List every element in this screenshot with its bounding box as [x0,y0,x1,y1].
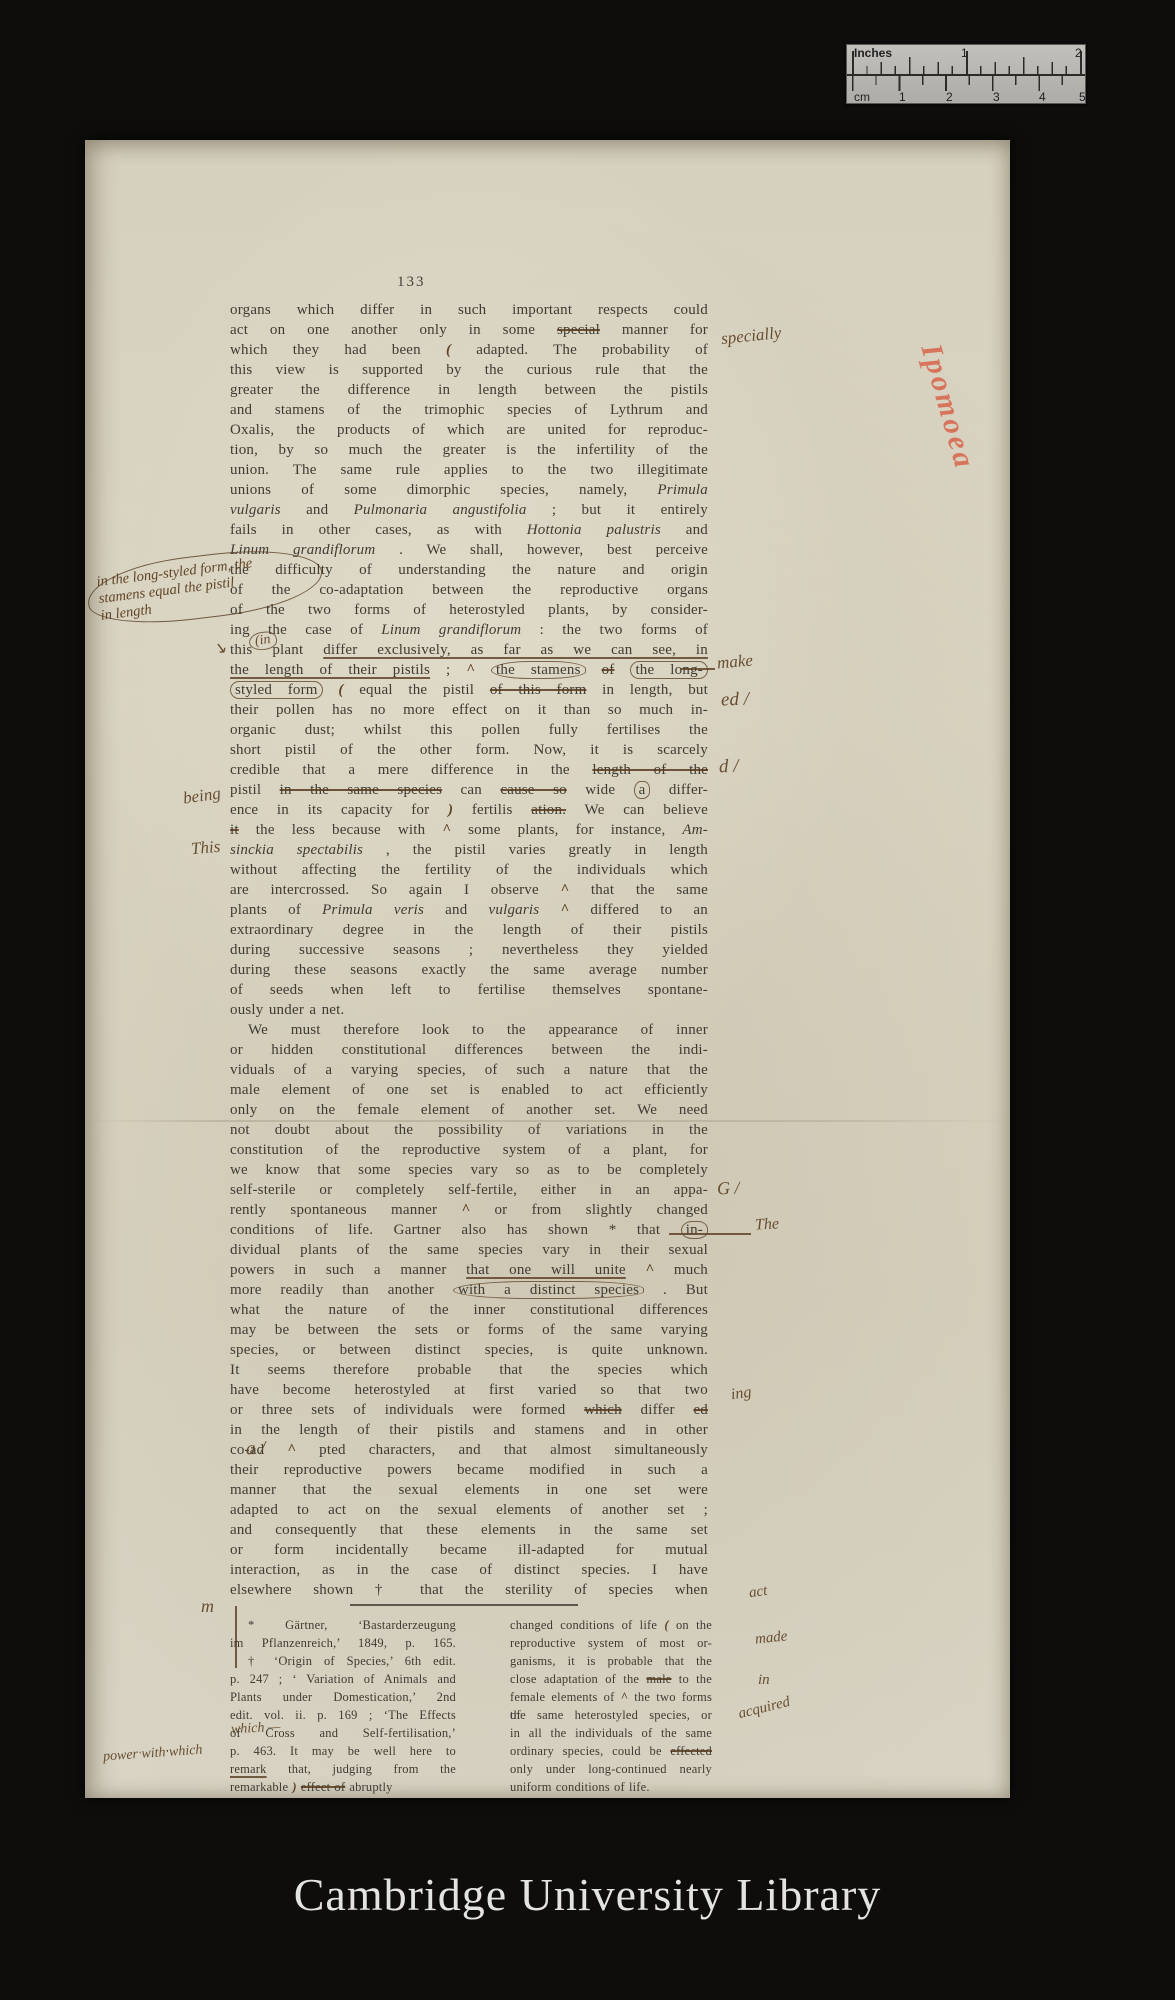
ruler-number: 2 [1075,46,1082,60]
text-segment: in the length of their pistils and stame… [230,1422,708,1438]
text-segment: unions of some dimorphic species, namely… [230,482,657,498]
note-m: m [201,1596,214,1617]
text-segment: self-sterile or completely self-fertile,… [230,1182,708,1198]
text-segment: male [646,1672,671,1686]
text-segment: styled form [230,681,323,699]
ruler-number: 4 [1039,90,1046,104]
text-segment: † ‘Origin of Species,’ 6th edit. [248,1654,456,1668]
text-segment: ordinary species, could be [510,1744,670,1758]
text-segment: ed [693,1402,708,1418]
text-line: more readily than another with a distinc… [230,1280,708,1300]
text-segment: act on one another only in some [230,322,557,338]
text-line: im Pflanzenreich,’ 1849, p. 165. [230,1634,456,1652]
text-segment: not doubt about the possibility of varia… [230,1122,708,1138]
text-line: remarkable ) effect of abruptly [230,1778,456,1796]
text-line: remark that, judging from the [230,1760,456,1778]
text-segment: it [230,822,239,838]
text-segment: pted characters, and that almost simulta… [319,1442,708,1458]
text-segment: length of the [592,762,708,778]
text-segment: this plant [230,642,323,658]
text-segment: fertilis [472,802,513,818]
note-g: G / [717,1178,740,1200]
text-line: unions of some dimorphic species, namely… [230,480,708,500]
text-segment: reproductive system of most or- [510,1636,712,1650]
text-segment: in all the individuals of the same [510,1726,712,1740]
text-line: ously under a net. [230,1000,708,1020]
text-segment: : the two forms of [540,622,708,638]
the-dash [669,1233,751,1235]
handwritten-insert-mark: ^ [287,1442,296,1458]
text-line: and consequently that these elements in … [230,1520,708,1540]
text-line: constitution of the reproductive system … [230,1140,708,1160]
text-line: or hidden constitutional differences bet… [230,1040,708,1060]
text-segment: of the two forms of heterostyled plants,… [230,602,708,618]
text-segment: more readily than another [230,1282,453,1298]
text-segment: effect of [301,1780,345,1794]
text-segment: the length of their pistils [230,662,430,678]
text-line: ordinary species, could be effected [510,1742,712,1760]
text-segment: union. The same rule applies to the two … [230,462,708,478]
text-segment: greater the difference in length between… [230,382,708,398]
text-segment: differed to an [590,902,708,918]
text-line: interaction, as in the case of distinct … [230,1560,708,1580]
text-segment: sinckia spectabilis [230,842,363,858]
ruler-inches-row: Inches 12 [847,45,1085,76]
text-line: Oxalis, the products of which are united… [230,420,708,440]
text-segment: without affecting the fertility of the i… [230,862,708,878]
text-segment: the same heterostyled species, or [510,1708,712,1722]
text-segment: organs which differ in such important re… [230,302,708,318]
text-segment: this view is supported by the curious ru… [230,362,708,378]
text-line: have become heterostyled at first varied… [230,1380,708,1400]
text-line: rently spontaneous manner ^ or from slig… [230,1200,708,1220]
text-line: or form incidentally became ill-adapted … [230,1540,708,1560]
text-segment: , the pistil varies greatly in length [386,842,708,858]
text-segment: Oxalis, the products of which are united… [230,422,708,438]
text-line: only under long-continued nearly [510,1760,712,1778]
note-d: d / [719,756,739,779]
note-the: The [755,1215,780,1234]
text-segment: that, judging from the [288,1762,456,1776]
text-segment: Hottonia palustris [527,522,661,538]
text-line: without affecting the fertility of the i… [230,860,708,880]
text-line: adapted to act on the sexual elements of… [230,1500,708,1520]
red-crayon-ipomoea: Ipomoea [913,340,981,474]
handwritten-insert-mark: ) [292,1780,296,1794]
text-line: what the nature of the inner constitutio… [230,1300,708,1320]
text-segment: some plants, for instance, [468,822,682,838]
text-line: the same heterostyled species, or [510,1706,712,1724]
handwritten-insert-mark: ^ [442,822,451,838]
text-line: p. 247 ; ‘ Variation of Animals and [230,1670,456,1688]
text-line: co-ad ^ pted characters, and that almost… [230,1440,708,1460]
arrow-mark: ↘ [213,638,226,658]
text-segment: which [584,1402,622,1418]
text-segment: pistil [230,782,280,798]
note-this: This [190,837,221,859]
text-segment: male element of one set is enabled to ac… [230,1082,708,1098]
text-line: uniform conditions of life. [510,1778,712,1796]
text-segment: abruptly [349,1780,392,1794]
text-line: may be between the sets or forms of the … [230,1320,708,1340]
text-segment: vulgaris [489,902,540,918]
text-segment: p. 463. It may be well here to [230,1744,456,1758]
text-segment: Linum grandiflorum [381,622,521,638]
text-line: in the length of their pistils and stame… [230,1420,708,1440]
text-line: their reproductive powers became modifie… [230,1460,708,1480]
text-line: conditions of life. Gartner also has sho… [230,1220,708,1240]
text-segment: their pollen has no more effect on it th… [230,702,708,718]
text-line: and stamens of the trimophic species of … [230,400,708,420]
text-line: male element of one set is enabled to ac… [230,1080,708,1100]
text-line: act on one another only in some special … [230,320,708,340]
text-segment: during these seasons exactly the same av… [230,962,708,978]
ruler-number: 5 [1079,90,1086,104]
ruler-number: 1 [899,90,906,104]
text-segment: organic dust; whilst this pollen fully f… [230,722,708,738]
text-segment: remarkable [230,1780,288,1794]
text-line: this view is supported by the curious ru… [230,360,708,380]
text-segment: ously under a net. [230,1002,344,1018]
handwritten-insert-mark: ^ [561,882,570,898]
text-line: organs which differ in such important re… [230,300,708,320]
text-line: during successive seasons ; nevertheless… [230,940,708,960]
text-line: it the less because with ^ some plants, … [230,820,708,840]
text-line: the length of their pistils ; ^ the stam… [230,660,708,680]
text-line: p. 463. It may be well here to [230,1742,456,1760]
handwritten-insert-mark: ^ [560,902,569,918]
text-line: organic dust; whilst this pollen fully f… [230,720,708,740]
text-line: powers in such a manner that one will un… [230,1260,708,1280]
text-segment: ation. [531,802,566,818]
text-line: styled form ( equal the pistil of this f… [230,680,708,700]
text-line: plants of Primula veris and vulgaris ^ d… [230,900,708,920]
text-line: † ‘Origin of Species,’ 6th edit. [230,1652,456,1670]
text-segment: or three sets of individuals were formed [230,1402,584,1418]
text-line: reproductive system of most or- [510,1634,712,1652]
text-segment: or hidden constitutional differences bet… [230,1042,708,1058]
text-segment: the less because with [256,822,426,838]
text-line: vulgaris and Pulmonaria angustifolia ; b… [230,500,708,520]
text-segment: their reproductive powers became modifie… [230,1462,708,1478]
text-segment: which they had been [230,342,421,358]
handwritten-insert-mark: ^ [461,1202,470,1218]
text-segment: interaction, as in the case of distinct … [230,1562,708,1578]
note-specially: specially [720,323,782,349]
text-segment: fails in other cases, as with [230,522,527,538]
text-segment: dividual plants of the same species vary… [230,1242,708,1258]
note-make: make [716,650,753,673]
text-segment: of [602,662,615,678]
m-bar [235,1606,237,1668]
text-segment: are intercrossed. So again I observe [230,882,539,898]
note-in: in [758,1672,770,1689]
text-segment: much [674,1262,708,1278]
text-segment: and [686,522,708,538]
text-line: not doubt about the possibility of varia… [230,1120,708,1140]
text-line: close adaptation of the male to the [510,1670,712,1688]
text-segment: Primula veris [322,902,424,918]
note-ed: ed / [721,689,750,712]
text-line: pistil in the same species can cause so … [230,780,708,800]
handwritten-insert-mark: ( [338,682,343,698]
text-segment: and consequently that these elements in … [230,1522,708,1538]
handwritten-insert-mark: ( [446,342,451,358]
text-segment: or form incidentally became ill-adapted … [230,1542,708,1558]
ruler-cm-label: cm [854,90,870,104]
text-line: ganisms, it is probable that the [510,1652,712,1670]
text-segment: We must therefore look to the appearance… [248,1022,708,1038]
text-segment: ence in its capacity for [230,802,429,818]
footnote-column-left: * Gärtner, ‘Bastarderzeugung im Pflanzen… [230,1616,456,1796]
text-segment: manner for [622,322,708,338]
note-being: being [182,783,222,808]
ruler-cm-row: cm 12345 [847,76,1085,105]
note-which: which — [231,1720,281,1739]
text-line: fails in other cases, as with Hottonia p… [230,520,708,540]
text-line: credible that a mere difference in the l… [230,760,708,780]
text-segment: we know that some species vary so as to … [230,1162,708,1178]
text-segment: vulgaris [230,502,281,518]
text-segment: credible that a mere difference in the [230,762,592,778]
text-segment: Am- [682,822,708,838]
text-segment: im Pflanzenreich,’ 1849, p. 165. [230,1636,456,1650]
text-segment: effected [670,1744,712,1758]
handwritten-insert-mark: ^ [621,1690,628,1704]
text-line: tion, by so much the greater is the infe… [230,440,708,460]
text-segment: elsewhere shown † that the sterility of … [230,1582,708,1598]
text-segment: viduals of a varying species, of such a … [230,1062,708,1078]
text-segment: wide [585,782,615,798]
text-segment: can [461,782,501,798]
library-watermark: Cambridge University Library [0,1868,1175,1921]
text-line: of the two forms of heterostyled plants,… [230,600,708,620]
text-segment: the long- [630,661,708,679]
text-segment: of seeds when left to fertilise themselv… [230,982,708,998]
text-line: of seeds when left to fertilise themselv… [230,980,708,1000]
text-line: short pistil of the other form. Now, it … [230,740,708,760]
text-line: greater the difference in length between… [230,380,708,400]
text-segment: remark [230,1762,267,1776]
note-acquired: acquired [737,1694,792,1723]
handwritten-insert-mark: ( [664,1618,668,1632]
note-act: act [748,1583,769,1602]
printed-body-text: organs which differ in such important re… [230,300,708,1600]
page-number: 133 [397,274,426,291]
text-segment: constitution of the reproductive system … [230,1142,708,1158]
text-segment: species, or between distinct species, is… [230,1342,708,1358]
text-segment: . But [663,1282,708,1298]
note-a-slash: a / [246,1438,266,1461]
text-line: during these seasons exactly the same av… [230,960,708,980]
text-segment: during successive seasons ; nevertheless… [230,942,708,958]
text-segment: close adaptation of the [510,1672,646,1686]
text-line: or three sets of individuals were formed… [230,1400,708,1420]
text-line: are intercrossed. So again I observe ^ t… [230,880,708,900]
handwritten-insert-mark: ^ [466,662,475,678]
text-segment: p. 247 ; ‘ Variation of Animals and [230,1672,456,1686]
text-segment: short pistil of the other form. Now, it … [230,742,708,758]
text-segment: adapted. The probability of [476,342,708,358]
text-segment: that one will unite [466,1262,626,1278]
handwritten-insert-mark: ^ [645,1262,654,1278]
ruler-cm-ticks [852,76,1085,105]
ruler-number: 3 [993,90,1000,104]
text-line: It seems therefore probable that the spe… [230,1360,708,1380]
text-segment: and [445,902,488,918]
footnote-divider [350,1604,578,1606]
text-segment: adapted to act on the sexual elements of… [230,1502,708,1518]
text-segment: the stamens [491,661,586,679]
text-line: ing the case of Linum grandiflorum : the… [230,620,708,640]
text-line: viduals of a varying species, of such a … [230,1060,708,1080]
text-line: Plants under Domestication,’ 2nd [230,1688,456,1706]
scan-background: { "colors":{"background":"#0e0d0c","pape… [0,0,1175,2000]
note-made: made [754,1628,788,1648]
text-segment: and stamens of the trimophic species of … [230,402,708,418]
text-segment: to the [679,1672,712,1686]
ruler-inches-label: Inches [854,46,892,60]
text-segment: on the [676,1618,712,1632]
text-segment: ganisms, it is probable that the [510,1654,712,1668]
text-segment: . We shall, however, best perceive [399,542,708,558]
text-line: extraordinary degree in the length of th… [230,920,708,940]
text-segment: ; but it entirely [552,502,708,518]
text-segment: extraordinary degree in the length of th… [230,922,708,938]
text-segment: female elements of [510,1690,614,1704]
text-line: in all the individuals of the same [510,1724,712,1742]
text-segment: equal the pistil [359,682,490,698]
text-line: ence in its capacity for ) fertilis atio… [230,800,708,820]
text-line: dividual plants of the same species vary… [230,1240,708,1260]
text-segment: tion, by so much the greater is the infe… [230,442,708,458]
text-line: which they had been ( adapted. The proba… [230,340,708,360]
text-segment: or from slightly changed [494,1202,708,1218]
text-segment: It seems therefore probable that the spe… [230,1362,708,1378]
text-segment: have become heterostyled at first varied… [230,1382,708,1398]
ruler-number: 1 [961,46,968,60]
ruler-number: 2 [946,90,953,104]
text-segment: rently spontaneous manner [230,1202,437,1218]
text-segment: what the nature of the inner constitutio… [230,1302,708,1318]
text-line: species, or between distinct species, is… [230,1340,708,1360]
text-segment: may be between the sets or forms of the … [230,1322,708,1338]
text-segment: Primula [657,482,708,498]
text-line: manner that the sexual elements in one s… [230,1480,708,1500]
text-segment: * Gärtner, ‘Bastarderzeugung [248,1618,456,1632]
text-segment: in the same species [280,782,443,798]
text-segment: in length, but [602,682,708,698]
text-line: We must therefore look to the appearance… [230,1020,708,1040]
make-dash [681,668,715,670]
text-line: self-sterile or completely self-fertile,… [230,1180,708,1200]
text-line: * Gärtner, ‘Bastarderzeugung [230,1616,456,1634]
text-line: sinckia spectabilis , the pistil varies … [230,840,708,860]
note-ing: ing [730,1384,753,1405]
text-segment: and [306,502,354,518]
text-line: their pollen has no more effect on it th… [230,700,708,720]
text-segment: differ- [669,782,708,798]
measurement-ruler: Inches 12 cm 12345 [846,44,1086,104]
text-line: only on the female element of another se… [230,1100,708,1120]
footnote-column-right: changed conditions of life ( on the repr… [510,1616,712,1796]
handwritten-insert-mark: ) [448,802,453,818]
text-segment: powers in such a manner [230,1262,466,1278]
text-segment: plants of [230,902,322,918]
text-segment: Pulmonaria angustifolia [354,502,527,518]
text-segment: manner that the sexual elements in one s… [230,1482,708,1498]
text-segment: cause so [500,782,566,798]
text-segment: conditions of life. Gartner also has sho… [230,1222,681,1238]
text-segment: differ exclusively, as far as we can see… [323,642,708,658]
text-segment: only on the female element of another se… [230,1102,708,1118]
text-line: we know that some species vary so as to … [230,1160,708,1180]
text-segment: differ [641,1402,675,1418]
text-segment: of this form [490,682,587,698]
text-line: elsewhere shown † that the sterility of … [230,1580,708,1600]
text-segment: that the same [591,882,708,898]
text-segment: with a distinct species [453,1281,644,1299]
text-line: female elements of ^ the two forms of [510,1688,712,1706]
text-segment: uniform conditions of life. [510,1780,650,1794]
text-segment: a [634,781,651,799]
document-page: 133 organs which differ in such importan… [85,140,1010,1798]
note-power-with-which: power with which [103,1743,203,1766]
text-segment: in- [681,1221,708,1239]
text-segment: We can believe [585,802,708,818]
text-line: changed conditions of life ( on the [510,1616,712,1634]
text-segment: special [557,322,600,338]
text-segment: Plants under Domestication,’ 2nd [230,1690,456,1704]
text-segment: only under long-continued nearly [510,1762,712,1776]
text-segment: changed conditions of life [510,1618,664,1632]
text-segment: ; [446,662,450,678]
text-line: this plant differ exclusively, as far as… [230,640,708,660]
text-line: union. The same rule applies to the two … [230,460,708,480]
